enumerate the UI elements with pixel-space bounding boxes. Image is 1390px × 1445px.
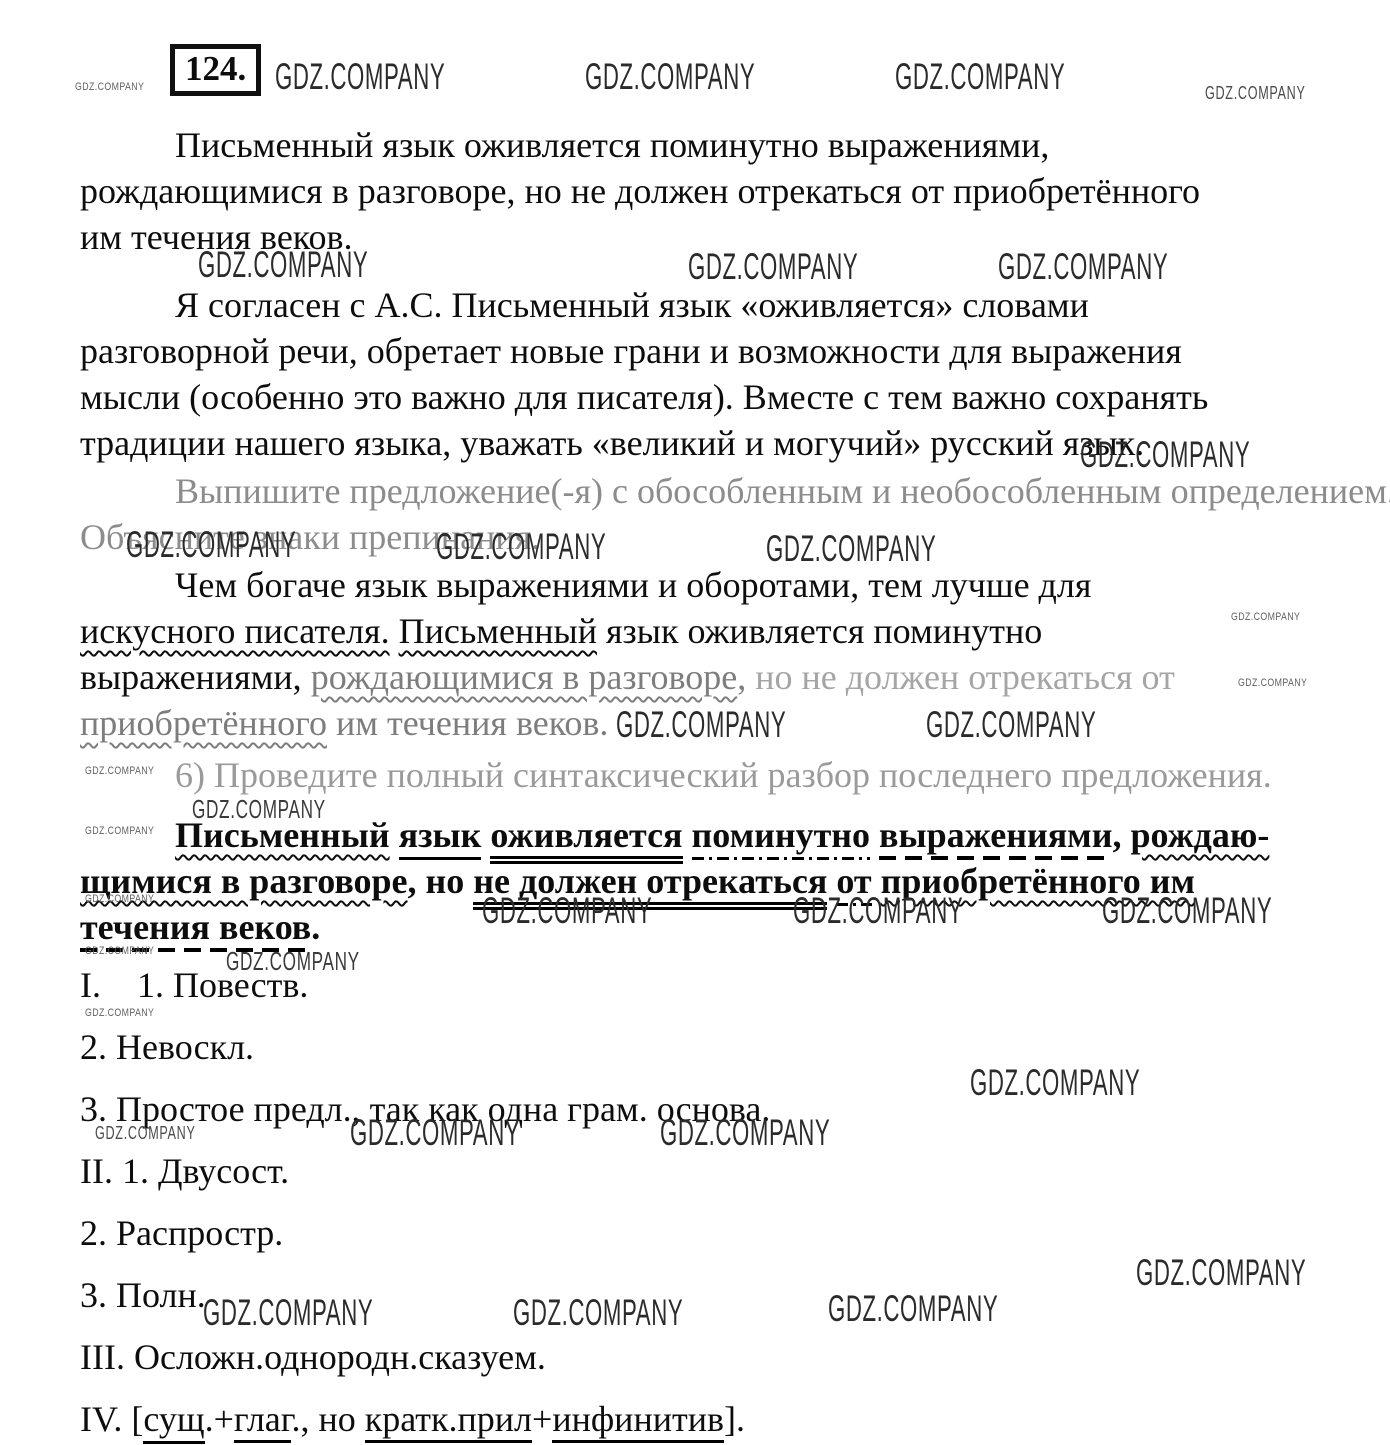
text-segment: рождаю-	[1130, 815, 1269, 855]
text-line: Письменный язык оживляется поминутно выр…	[80, 122, 1312, 168]
text-segment: рождающимися в разговоре	[311, 657, 738, 697]
text-segment: .+	[205, 1399, 234, 1439]
text-segment: выражениями,	[80, 657, 311, 697]
text-line: 3. Простое предл., так как одна грам. ос…	[80, 1086, 1312, 1132]
text-segment: II. 1. Двусост.	[80, 1151, 289, 1191]
text-segment: приобретённого им	[881, 861, 1195, 901]
text-segment: оживляется	[490, 815, 682, 864]
text-segment: 2. Невоскл.	[80, 1027, 254, 1067]
text-segment: Письменный язык оживляется поминутно выр…	[175, 125, 1049, 165]
text-segment: рождающимися в разговоре, но не должен о…	[80, 171, 1200, 211]
text-segment: ].	[724, 1399, 745, 1439]
text-segment: ,	[737, 657, 755, 697]
text-segment: не должен отрекаться	[473, 861, 827, 910]
text-segment: 3. Простое предл., так как одна грам. ос…	[80, 1089, 770, 1129]
text-segment: Я согласен с А.С. Письменный язык «оживл…	[175, 285, 1089, 325]
text-line: 2. Распростр.	[80, 1210, 1312, 1256]
text-line: приобретённого им течения веков.	[80, 700, 1312, 746]
text-segment: искусного писателя.	[80, 611, 390, 651]
text-segment: 3. Полн.	[80, 1275, 206, 1315]
text-segment: но не должен отрекаться от	[755, 657, 1175, 697]
text-segment: +	[532, 1399, 552, 1439]
text-line: I. 1. Повеств.	[80, 962, 1312, 1008]
text-segment	[390, 611, 399, 651]
text-segment: , но	[408, 861, 474, 901]
watermark-text: GDZ.COMPANY	[275, 58, 445, 95]
task-a-instruction: Выпишите предложение(-я) с обособленным …	[80, 468, 1312, 560]
text-line: Выпишите предложение(-я) с обособленным …	[80, 468, 1312, 514]
text-segment	[872, 861, 881, 901]
text-segment: кратк.прил	[365, 1399, 532, 1445]
text-segment: приобретённого	[80, 703, 327, 743]
text-segment: .	[311, 907, 320, 947]
text-line: им течения веков.	[80, 214, 1312, 260]
text-segment: Объясните знаки препинания.	[80, 517, 540, 557]
text-segment: Письменный	[399, 611, 597, 651]
text-line: искусного писателя. Письменный язык ожив…	[80, 608, 1312, 654]
text-segment: течения веков	[80, 907, 311, 952]
answer-a-paragraph: Чем богаче язык выражениями и оборотами,…	[80, 562, 1312, 746]
text-line: Я согласен с А.С. Письменный язык «оживл…	[80, 282, 1312, 328]
parsed-sentence-paragraph: Письменный язык оживляется поминутно выр…	[80, 812, 1312, 950]
text-segment: разговорной речи, обретает новые грани и…	[80, 331, 1182, 371]
text-line: разговорной речи, обретает новые грани и…	[80, 328, 1312, 374]
text-segment: поминутно	[692, 815, 871, 860]
text-line: выражениями, рождающимися в разговоре, н…	[80, 654, 1312, 700]
text-segment: язык оживляется поминутно	[597, 611, 1042, 651]
text-segment: инфинитив	[552, 1399, 724, 1445]
watermark-text: GDZ.COMPANY	[895, 58, 1065, 95]
text-segment: мысли (особенно это важно для писателя).…	[80, 377, 1208, 417]
text-segment: 6) Проведите полный синтаксический разбо…	[175, 755, 1272, 795]
text-line: щимися в разговоре, но не должен отрекат…	[80, 858, 1312, 904]
agreement-paragraph: Я согласен с А.С. Письменный язык «оживл…	[80, 282, 1312, 466]
text-segment: Письменный	[175, 815, 390, 855]
text-segment: IV. [	[80, 1399, 143, 1439]
text-segment: выражениями	[879, 815, 1112, 860]
text-segment: им течения веков.	[327, 703, 608, 743]
text-segment: глаг	[234, 1399, 292, 1445]
task-b-instruction: 6) Проведите полный синтаксический разбо…	[80, 752, 1312, 798]
exercise-number: 124.	[185, 49, 246, 88]
text-segment	[870, 815, 879, 855]
watermark-text: GDZ.COMPANY	[1205, 84, 1306, 102]
text-segment: язык	[399, 815, 482, 860]
text-segment: ., но	[291, 1399, 364, 1439]
text-line: Чем богаче язык выражениями и оборотами,…	[80, 562, 1312, 608]
text-line: мысли (особенно это важно для писателя).…	[80, 374, 1312, 420]
text-segment: ,	[1112, 815, 1130, 855]
text-line: 3. Полн.	[80, 1272, 1312, 1318]
text-segment: 2. Распростр.	[80, 1213, 283, 1253]
textbook-answer-page: 124. Письменный язык оживляется поминутн…	[0, 0, 1390, 1445]
text-segment: Чем богаче язык выражениями и оборотами,…	[175, 565, 1091, 605]
text-segment: им течения веков.	[80, 217, 352, 257]
text-line: 2. Невоскл.	[80, 1024, 1312, 1070]
text-segment: от	[836, 861, 871, 906]
text-segment: I. 1. Повеств.	[80, 965, 308, 1005]
text-line: течения веков.	[80, 904, 1312, 950]
quoted-sentence-paragraph: Письменный язык оживляется поминутно выр…	[80, 122, 1312, 260]
text-segment: традиции нашего языка, уважать «великий …	[80, 423, 1144, 463]
text-line: II. 1. Двусост.	[80, 1148, 1312, 1194]
text-line: 6) Проведите полный синтаксический разбо…	[80, 752, 1312, 798]
text-line: III. Осложн.однородн.сказуем.	[80, 1334, 1312, 1380]
text-line: Письменный язык оживляется поминутно выр…	[80, 812, 1312, 858]
text-segment: III. Осложн.однородн.сказуем.	[80, 1337, 546, 1377]
syntactic-analysis-list: I. 1. Повеств.2. Невоскл.3. Простое пред…	[80, 962, 1312, 1442]
watermark-text: GDZ.COMPANY	[585, 58, 755, 95]
watermark-text: GDZ.COMPANY	[75, 82, 144, 93]
text-segment	[390, 815, 399, 855]
text-segment: щимися в разговоре	[80, 861, 408, 901]
text-line: IV. [сущ.+глаг., но кратк.прил+инфинитив…	[80, 1396, 1312, 1442]
text-line: Объясните знаки препинания.	[80, 514, 1312, 560]
text-segment: Выпишите предложение(-я) с обособленным …	[175, 471, 1390, 511]
text-line: традиции нашего языка, уважать «великий …	[80, 420, 1312, 466]
text-segment	[683, 815, 692, 855]
exercise-number-badge: 124.	[170, 44, 261, 96]
text-line: рождающимися в разговоре, но не должен о…	[80, 168, 1312, 214]
text-segment: сущ	[143, 1399, 204, 1444]
